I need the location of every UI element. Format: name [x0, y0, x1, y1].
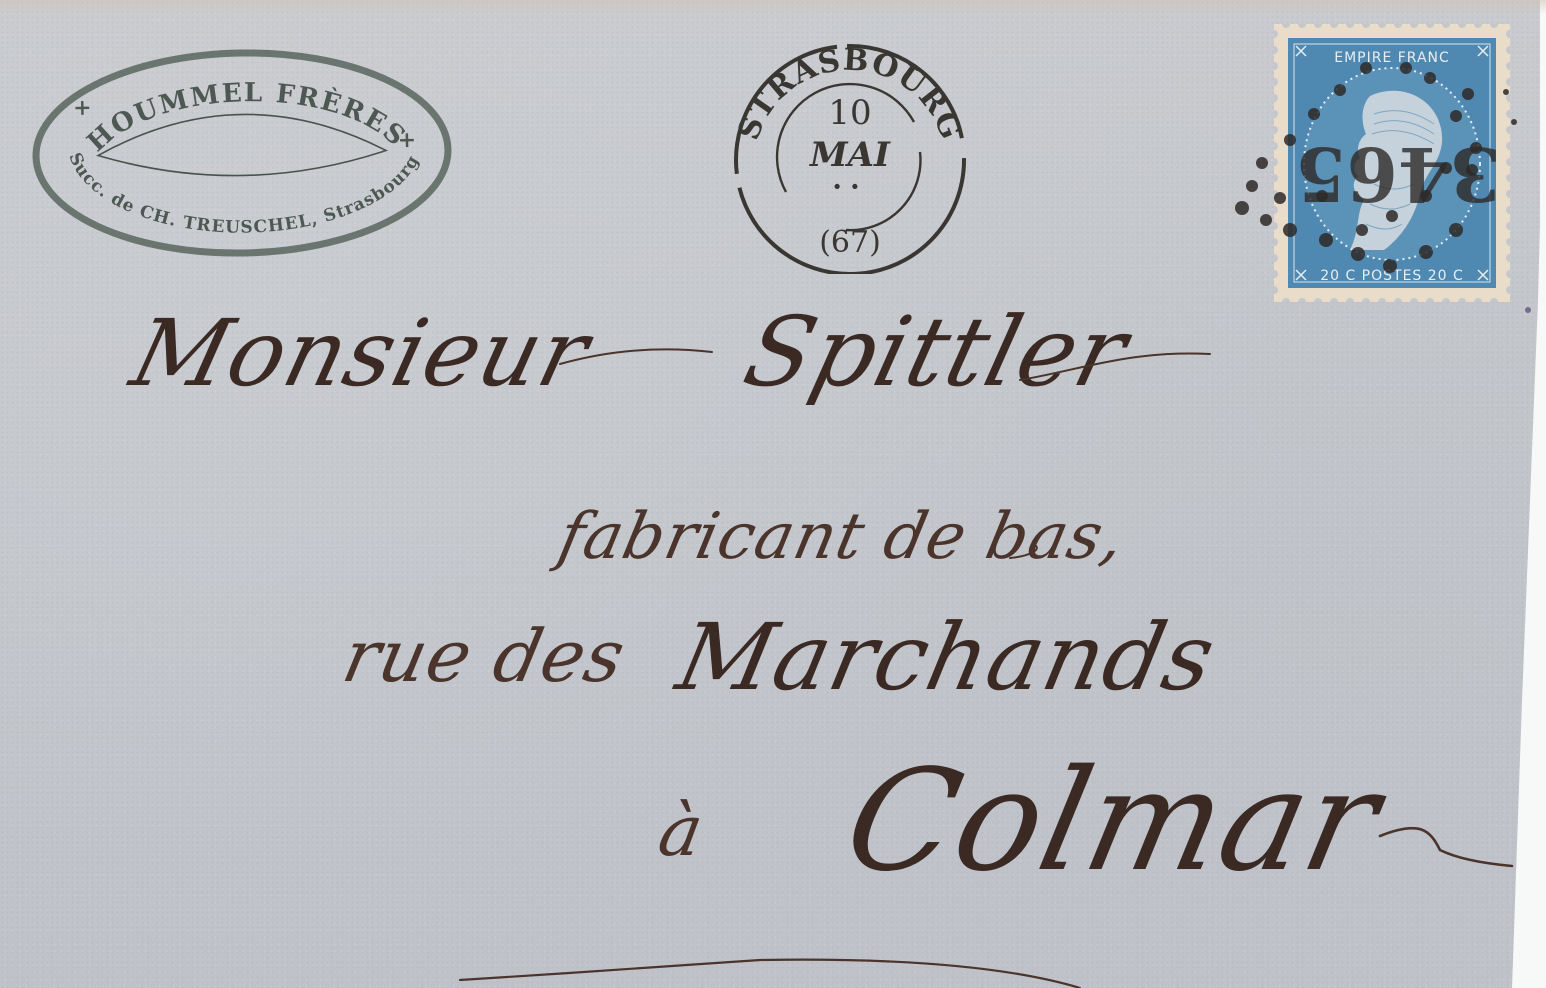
paper-edge-stain [0, 0, 1546, 14]
postmark-month: MAI [809, 135, 891, 175]
address-name: Spittler [734, 296, 1138, 408]
postmark-day: 10 [828, 93, 871, 133]
cachet-ornament-right: + [398, 127, 417, 153]
cachet-ornament-left: + [73, 95, 92, 121]
napoleon-stamp-icon: EMPIRE FRANC 20 C POSTES 20 C [1274, 24, 1510, 302]
stamp-bottom-text: 20 C POSTES 20 C [1320, 268, 1464, 284]
address-city: Colmar [833, 740, 1393, 903]
postmark-circle-icon: STRASBOURG 10 MAI ·· (67) [726, 42, 974, 274]
address-street-prefix: rue des [336, 614, 633, 698]
strasbourg-postmark: STRASBOURG 10 MAI ·· (67) [726, 42, 974, 274]
address-salutation: Monsieur [122, 300, 600, 407]
postage-stamp: EMPIRE FRANC 20 C POSTES 20 C [1274, 24, 1510, 302]
postmark-department: (67) [819, 225, 881, 260]
address-occupation: fabricant de bas, [552, 500, 1131, 574]
stamp-top-text: EMPIRE FRANC [1334, 50, 1450, 66]
svg-text:HOUMMEL FRÈRES: HOUMMEL FRÈRES [81, 75, 413, 158]
postmark-year: ·· [832, 170, 868, 203]
cachet-top-text: HOUMMEL FRÈRES [81, 75, 413, 158]
cachet-oval-icon: HOUMMEL FRÈRES Succ. de CH. TREUSCHEL, S… [28, 44, 456, 261]
merchant-cachet: HOUMMEL FRÈRES Succ. de CH. TREUSCHEL, S… [28, 44, 456, 261]
address-street-name: Marchands [669, 604, 1225, 711]
